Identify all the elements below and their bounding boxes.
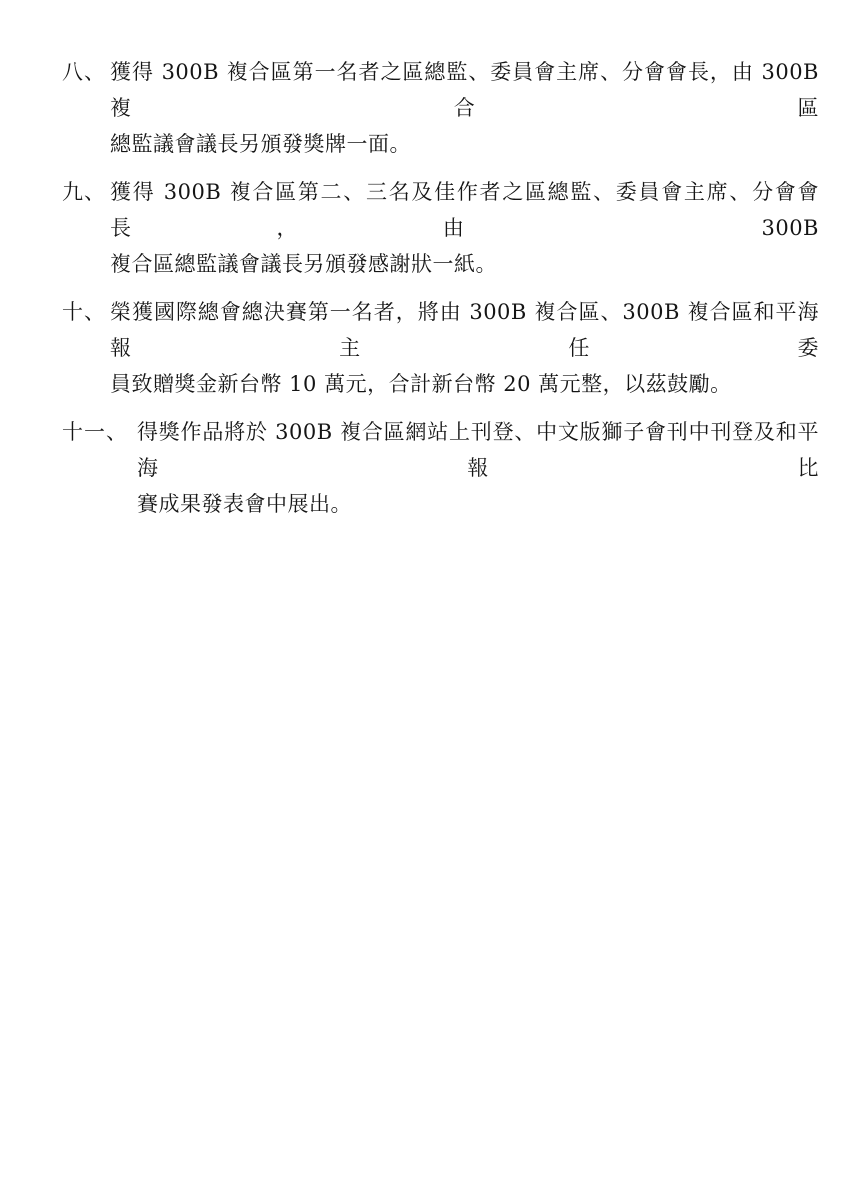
item-text: 得獎作品將於 300B 複合區網站上刊登、中文版獅子會刊中刊登及和平海報比 賽成… xyxy=(137,414,819,522)
item-text: 榮獲國際總會總決賽第一名者，將由 300B 複合區、300B 複合區和平海報主任… xyxy=(110,294,819,402)
item-line: 賽成果發表會中展出。 xyxy=(137,486,819,522)
item-number: 十一、 xyxy=(62,414,128,450)
item-line: 獲得 300B 複合區第二、三名及佳作者之區總監、委員會主席、分會會長，由 30… xyxy=(110,174,819,246)
list-item: 十一、 得獎作品將於 300B 複合區網站上刊登、中文版獅子會刊中刊登及和平海報… xyxy=(62,414,819,522)
list-item: 九、 獲得 300B 複合區第二、三名及佳作者之區總監、委員會主席、分會會長，由… xyxy=(62,174,819,282)
ordered-list: 八、 獲得 300B 複合區第一名者之區總監、委員會主席、分會會長，由 300B… xyxy=(62,54,819,534)
item-line: 獲得 300B 複合區第一名者之區總監、委員會主席、分會會長，由 300B 複合… xyxy=(110,54,819,126)
list-item: 八、 獲得 300B 複合區第一名者之區總監、委員會主席、分會會長，由 300B… xyxy=(62,54,819,162)
item-number: 十、 xyxy=(62,294,106,330)
item-line: 得獎作品將於 300B 複合區網站上刊登、中文版獅子會刊中刊登及和平海報比 xyxy=(137,414,819,486)
item-line: 榮獲國際總會總決賽第一名者，將由 300B 複合區、300B 複合區和平海報主任… xyxy=(110,294,819,366)
list-item: 十、 榮獲國際總會總決賽第一名者，將由 300B 複合區、300B 複合區和平海… xyxy=(62,294,819,402)
item-text: 獲得 300B 複合區第二、三名及佳作者之區總監、委員會主席、分會會長，由 30… xyxy=(110,174,819,282)
item-number: 八、 xyxy=(62,54,106,90)
item-number: 九、 xyxy=(62,174,106,210)
item-line: 複合區總監議會議長另頒發感謝狀一紙。 xyxy=(110,246,819,282)
document-page: 八、 獲得 300B 複合區第一名者之區總監、委員會主席、分會會長，由 300B… xyxy=(0,0,849,1200)
item-text: 獲得 300B 複合區第一名者之區總監、委員會主席、分會會長，由 300B 複合… xyxy=(110,54,819,162)
item-line: 員致贈獎金新台幣 10 萬元，合計新台幣 20 萬元整，以茲鼓勵。 xyxy=(110,366,819,402)
item-line: 總監議會議長另頒發獎牌一面。 xyxy=(110,126,819,162)
